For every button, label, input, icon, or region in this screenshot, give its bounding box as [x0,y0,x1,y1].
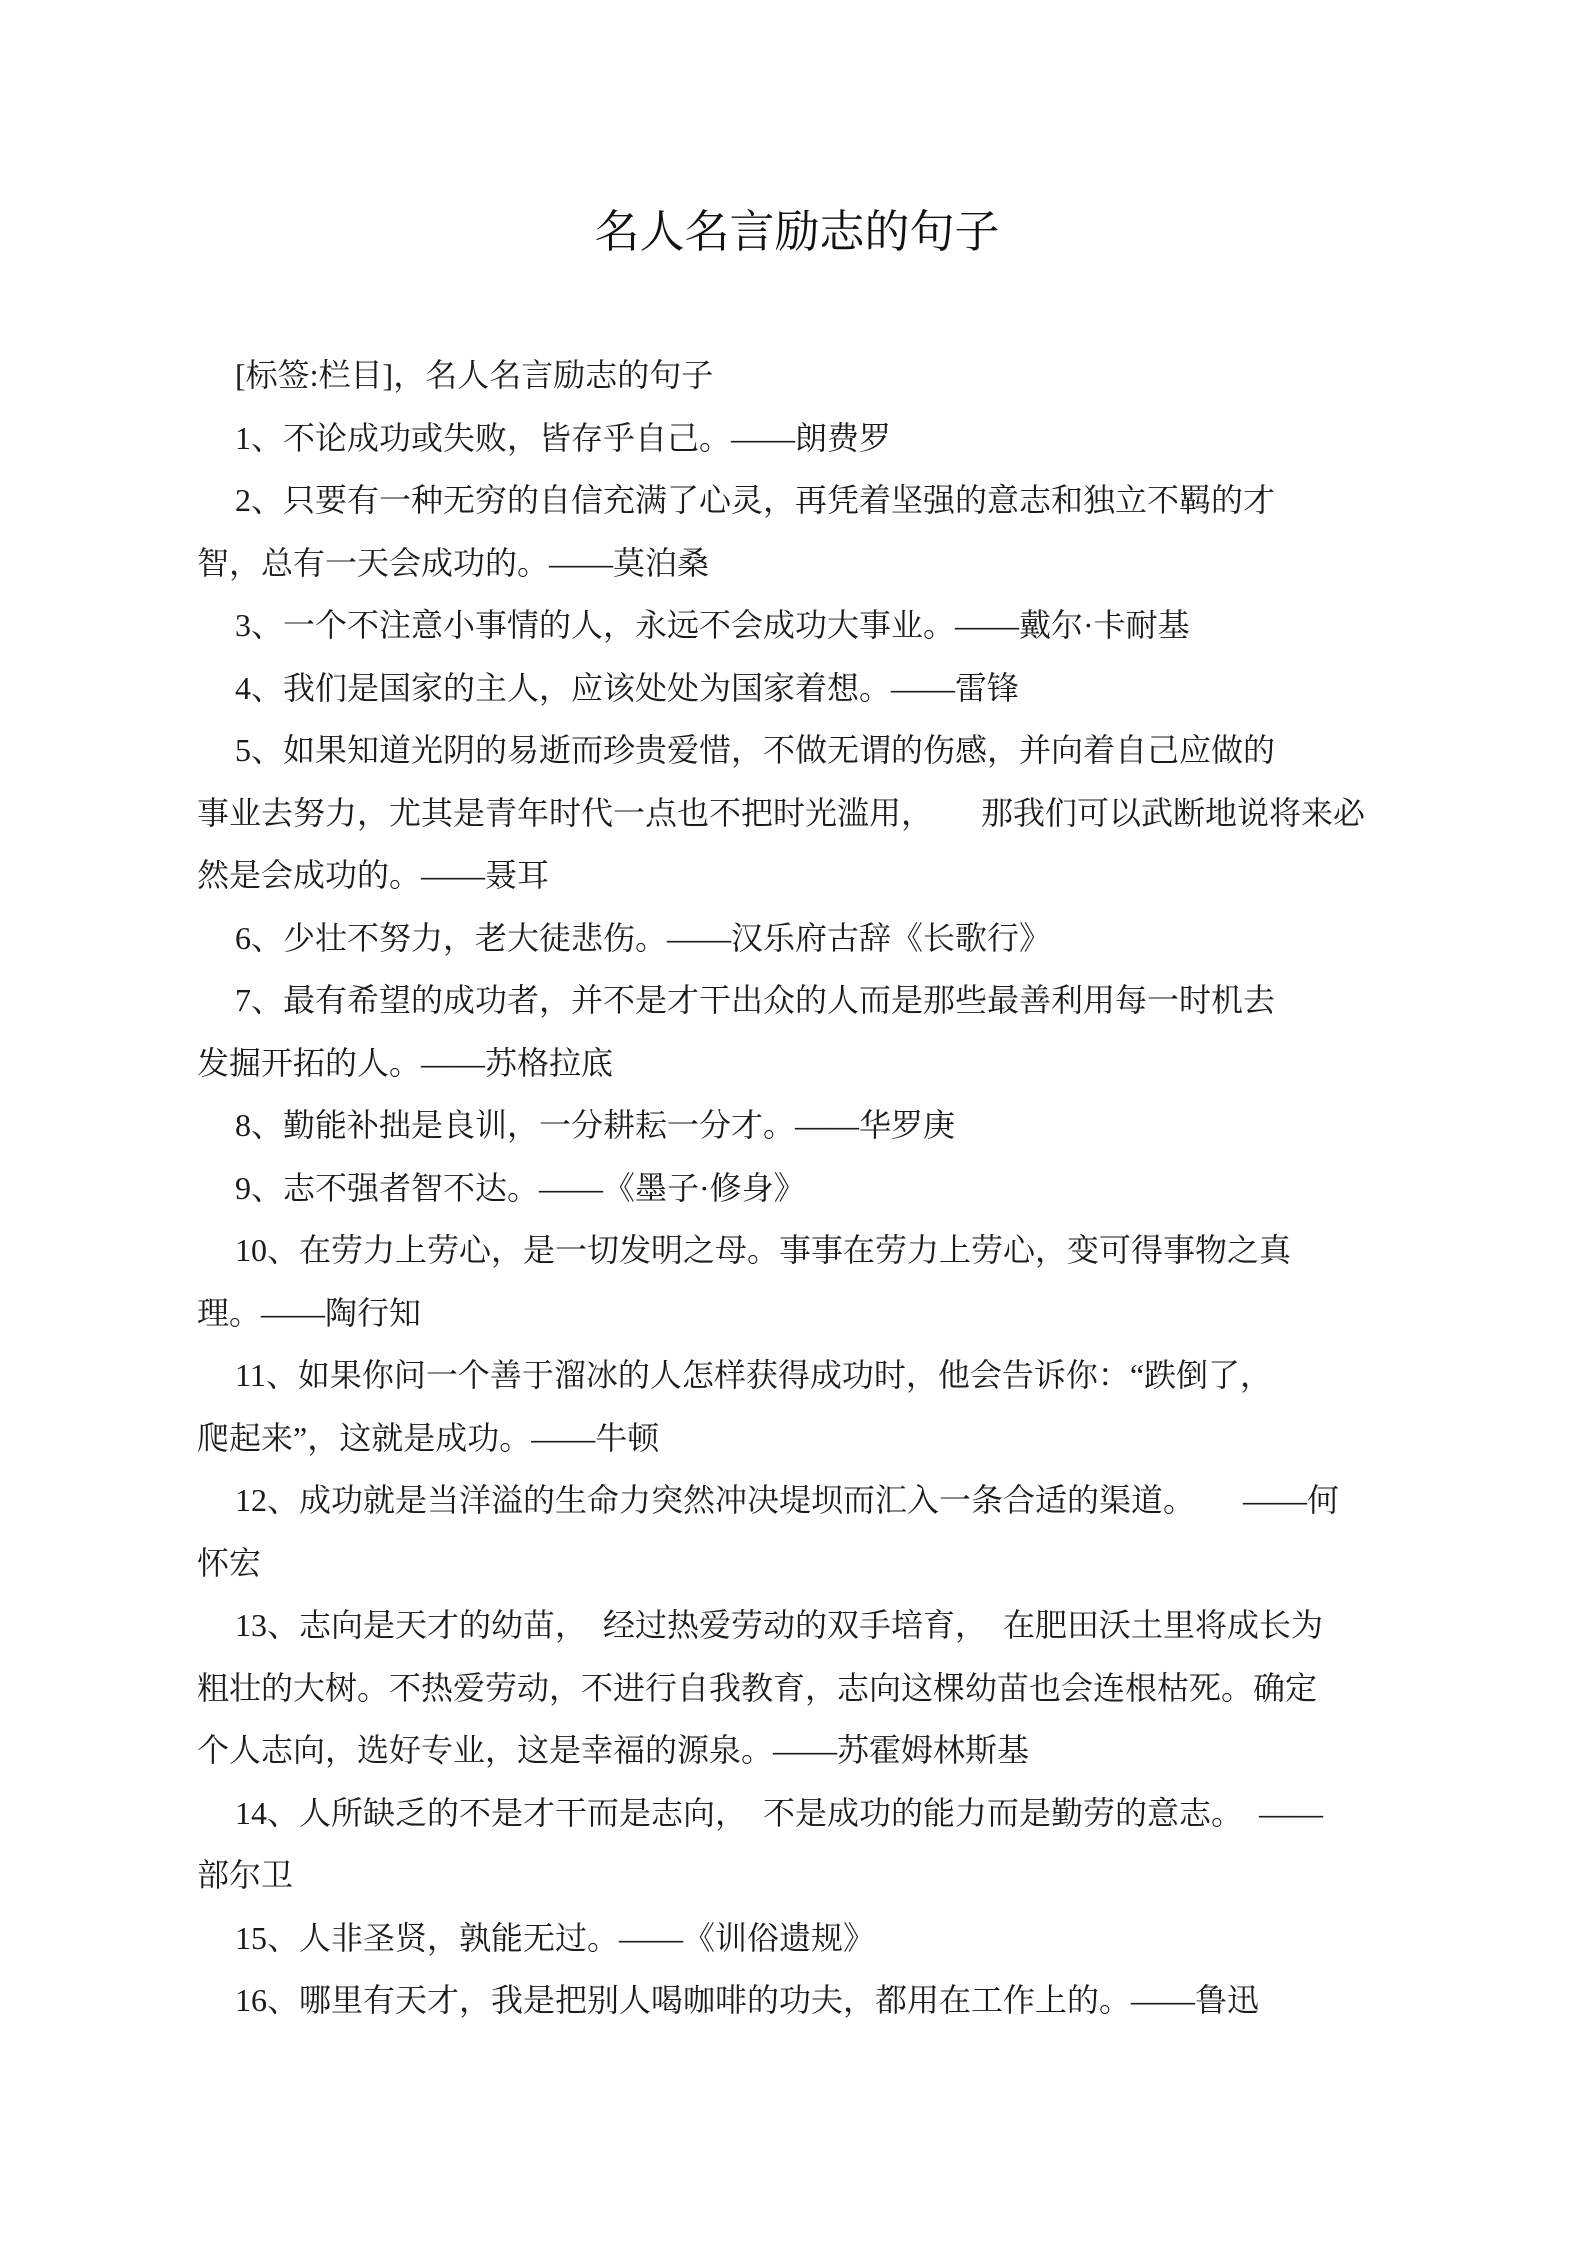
text-line: 事业去努力，尤其是青年时代一点也不把时光滥用， 那我们可以武断地说将来必 [197,782,1414,845]
text-line: 13、志向是天才的幼苗， 经过热爱劳动的双手培育， 在肥田沃土里将成长为 [197,1594,1414,1657]
text-line: 14、人所缺乏的不是才干而是志向， 不是成功的能力而是勤劳的意志。 —— [197,1782,1414,1845]
text-line: 怀宏 [197,1532,1414,1595]
text-line: 智，总有一天会成功的。——莫泊桑 [197,532,1414,595]
text-line: 部尔卫 [197,1844,1414,1907]
text-line: 理。——陶行知 [197,1282,1414,1345]
text-line: 粗壮的大树。不热爱劳动，不进行自我教育，志向这棵幼苗也会连根枯死。确定 [197,1657,1414,1720]
text-line: 8、勤能补拙是良训，一分耕耘一分才。——华罗庚 [197,1094,1414,1157]
text-line: 2、只要有一种无穷的自信充满了心灵，再凭着坚强的意志和独立不羁的才 [197,469,1414,532]
text-line: 12、成功就是当洋溢的生命力突然冲决堤坝而汇入一条合适的渠道。 ——何 [197,1469,1414,1532]
text-line: 5、如果知道光阴的易逝而珍贵爱惜，不做无谓的伤感，并向着自己应做的 [197,719,1414,782]
text-line: 个人志向，选好专业，这是幸福的源泉。——苏霍姆林斯基 [197,1719,1414,1782]
text-line: 爬起来”，这就是成功。——牛顿 [197,1407,1414,1470]
document-body: [标签:栏目]，名人名言励志的句子1、不论成功或失败，皆存乎自己。——朗费罗2、… [197,344,1414,2032]
text-line: 16、哪里有天才，我是把别人喝咖啡的功夫，都用在工作上的。——鲁迅 [197,1969,1414,2032]
text-line: 然是会成功的。——聂耳 [197,844,1414,907]
text-line: 6、少壮不努力，老大徒悲伤。——汉乐府古辞《长歌行》 [197,907,1414,970]
text-line: [标签:栏目]，名人名言励志的句子 [197,344,1414,407]
text-line: 15、人非圣贤，孰能无过。——《训俗遗规》 [197,1907,1414,1970]
text-line: 11、如果你问一个善于溜冰的人怎样获得成功时，他会告诉你：“跌倒了， [197,1344,1414,1407]
text-line: 9、志不强者智不达。——《墨子·修身》 [197,1157,1414,1220]
text-line: 10、在劳力上劳心，是一切发明之母。事事在劳力上劳心，变可得事物之真 [197,1219,1414,1282]
text-line: 1、不论成功或失败，皆存乎自己。——朗费罗 [197,407,1414,470]
text-line: 发掘开拓的人。——苏格拉底 [197,1032,1414,1095]
document-page: 名人名言励志的句子 [标签:栏目]，名人名言励志的句子1、不论成功或失败，皆存乎… [0,0,1594,2255]
document-title: 名人名言励志的句子 [0,0,1594,259]
text-line: 7、最有希望的成功者，并不是才干出众的人而是那些最善利用每一时机去 [197,969,1414,1032]
text-line: 4、我们是国家的主人，应该处处为国家着想。——雷锋 [197,657,1414,720]
text-line: 3、一个不注意小事情的人，永远不会成功大事业。——戴尔·卡耐基 [197,594,1414,657]
